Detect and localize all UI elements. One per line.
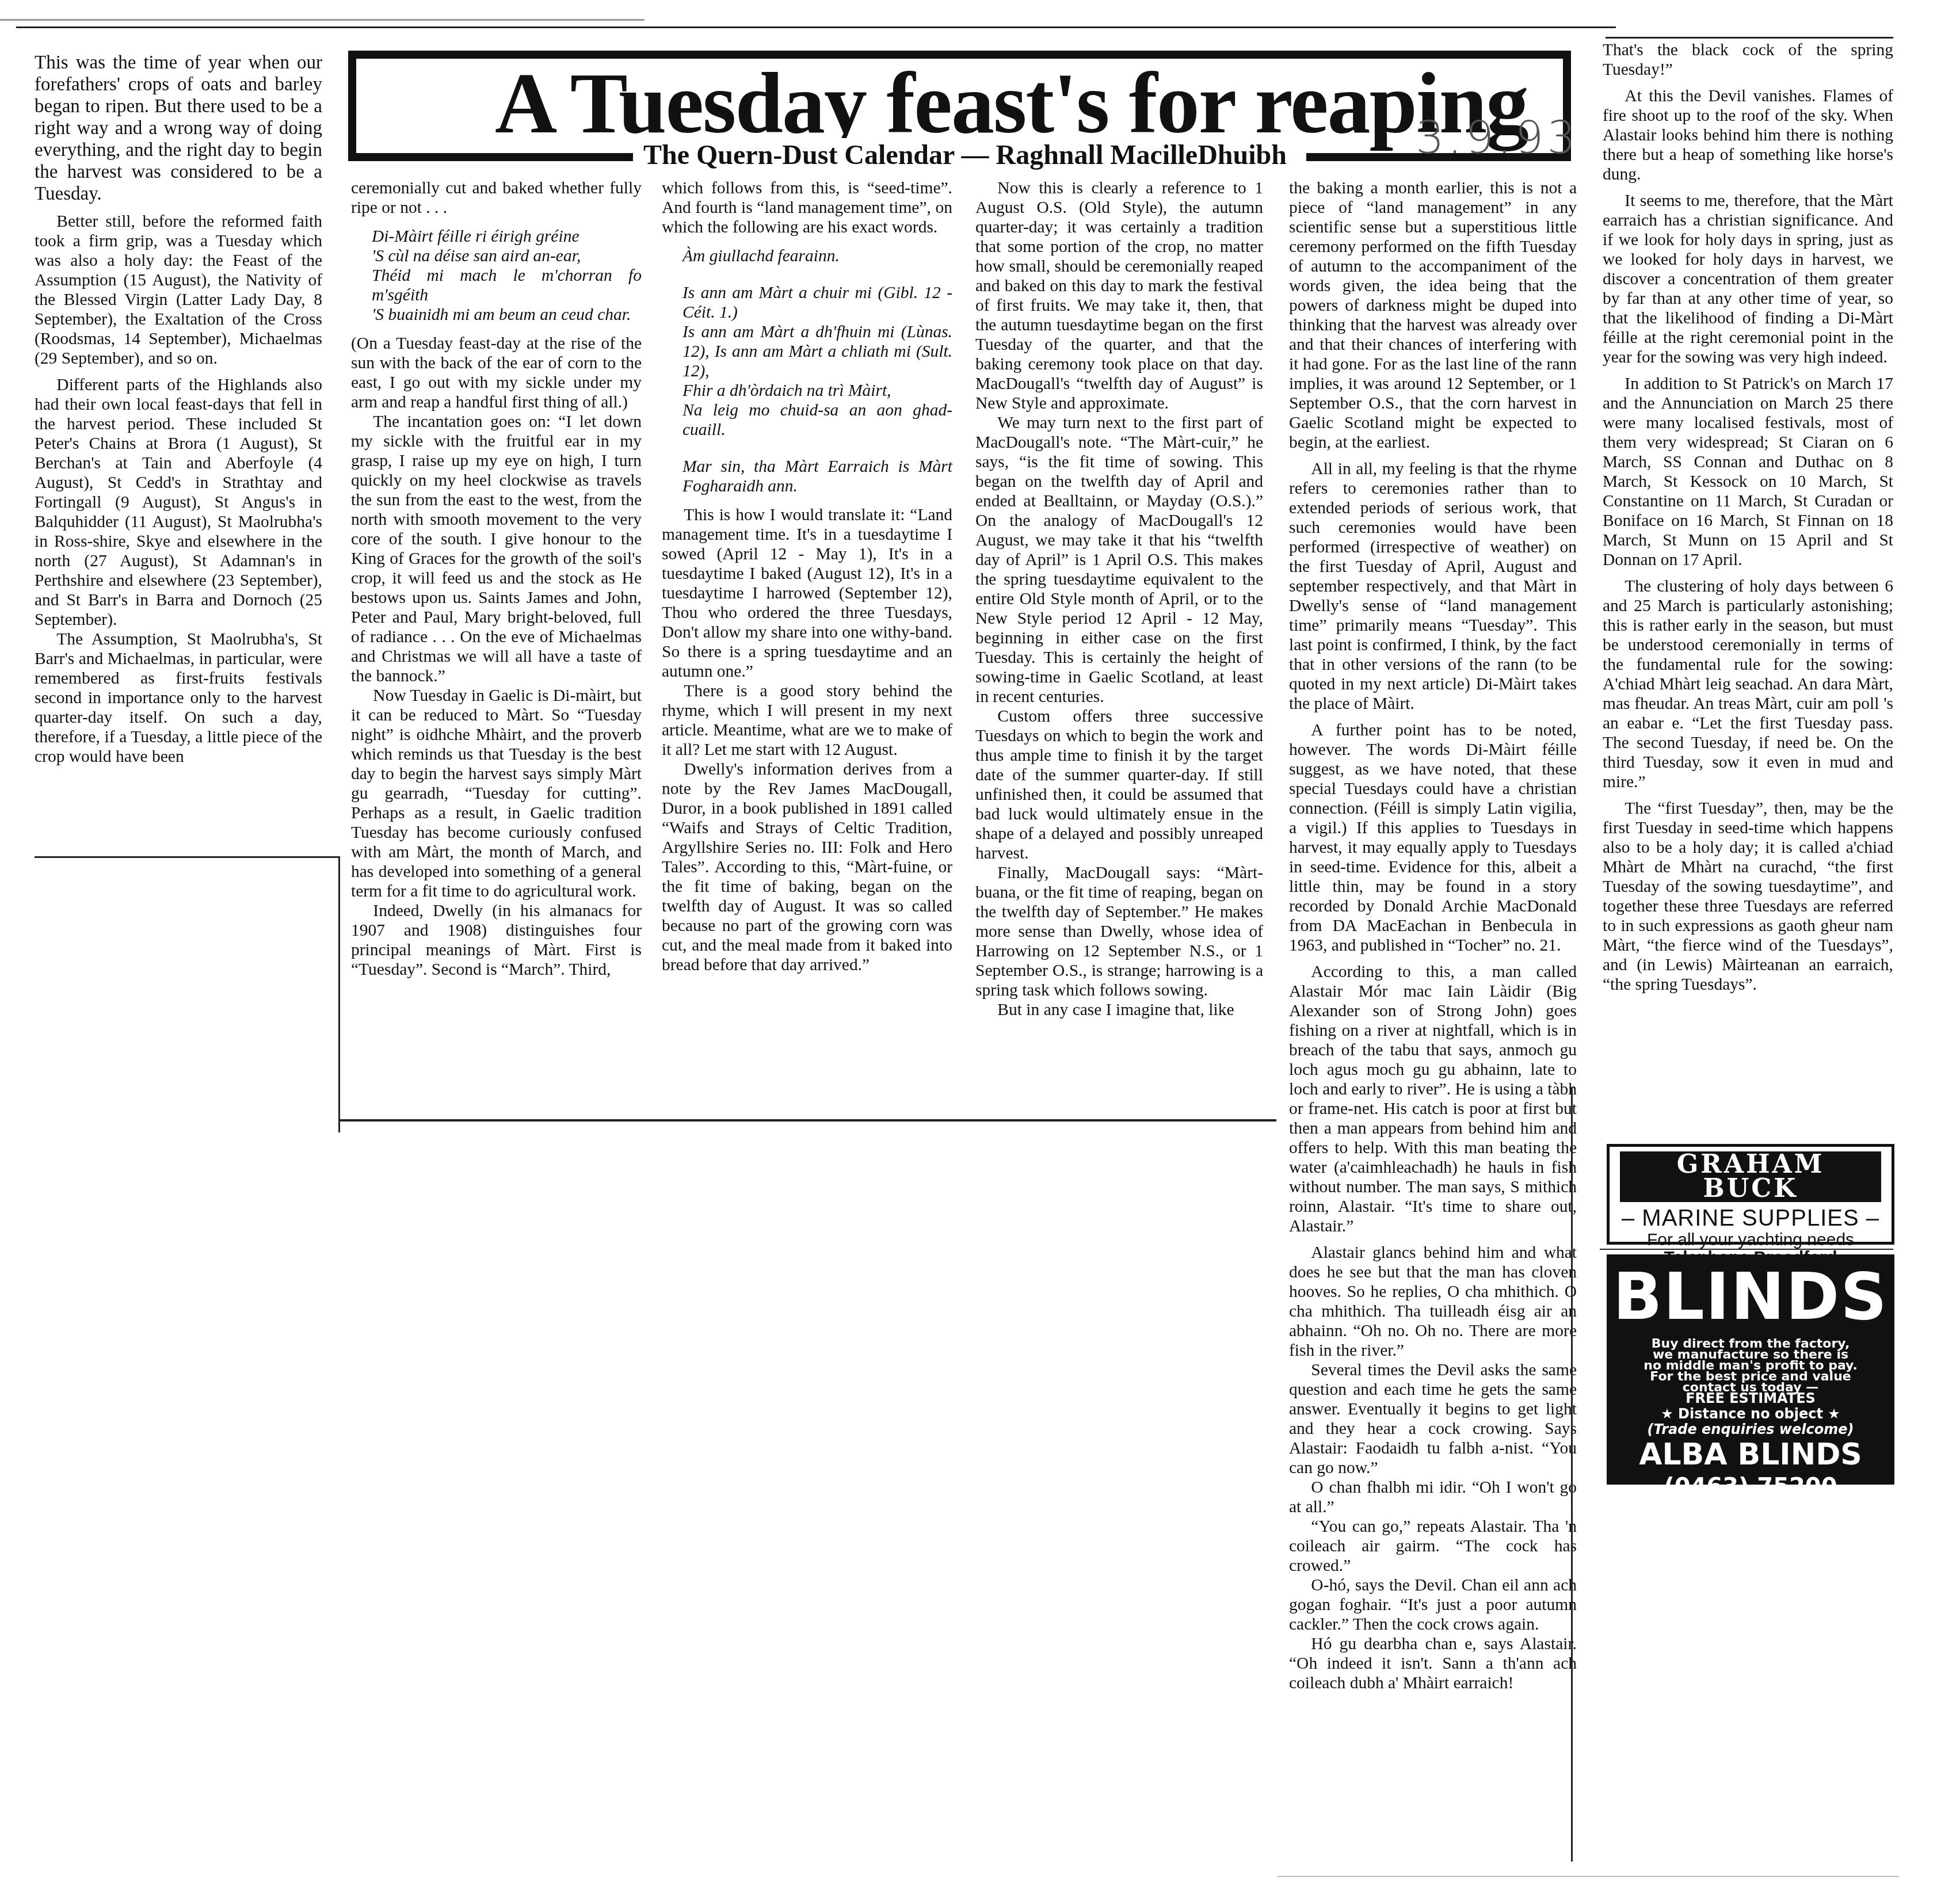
paragraph: Now this is clearly a reference to 1 Aug… [975,178,1263,413]
paragraph: At this the Devil vanishes. Flames of fi… [1603,86,1893,184]
verse-line: Théid mi mach le m'chorran fo m'sgéith [351,266,642,305]
article-column-3: which follows from this, is “seed-time”.… [662,178,952,975]
ads-divider [1600,1249,1893,1250]
advert-line: (Trade enquiries welcome) [1607,1424,1894,1435]
paragraph: But in any case I imagine that, like [975,1000,1263,1020]
columns-bottom-rule [338,1119,1276,1122]
verse-line: Mar sin, tha Màrt Earraich is Màrt Fogha… [662,457,952,496]
article-column-5: the baking a month earlier, this is not … [1289,178,1577,1693]
advert-brand: GRAHAM BUCK [1620,1151,1881,1202]
article-column-6: That's the black cock of the spring Tues… [1603,40,1893,994]
paragraph: This is how I would translate it: “Land … [662,505,952,681]
verse-line: Di-Màirt féille ri éirigh gréine [351,227,642,246]
verse-line: Na leig mo chuid-sa an aon ghad-cuaill. [662,400,952,440]
handwritten-date: 3.9.93 [1416,112,1579,164]
gaelic-verse: Di-Màirt féille ri éirigh gréine 'S cùl … [351,227,642,325]
paragraph: Custom offers three successive Tuesdays … [975,707,1263,863]
paragraph: A further point has to be noted, however… [1289,720,1577,955]
verse-line: 'S buainidh mi am beum an ceud char. [351,305,642,325]
advert-phone: (0463) 75200 [1607,1474,1894,1500]
paragraph: We may turn next to the first part of Ma… [975,413,1263,707]
verse-line: 'S cùl na déise san aird an-ear, [351,246,642,266]
alba-blinds-advert: BLINDS Buy direct from the factory, we m… [1607,1254,1894,1485]
paragraph: “You can go,” repeats Alastair. Tha 'n c… [1289,1517,1577,1576]
advert-body: Buy direct from the factory, we manufact… [1607,1338,1894,1435]
advert-line: FREE ESTIMATES [1607,1393,1894,1404]
paragraph: That's the black cock of the spring Tues… [1603,40,1893,79]
verse-title: Àm giullachd fearainn. [662,246,952,266]
verse-line: Fhir a dh'òrdaich na trì Màirt, [662,381,952,400]
top-rule [16,26,1616,28]
advert-tagline: – MARINE SUPPLIES – [1610,1206,1892,1231]
brand-line: BUCK [1620,1177,1881,1201]
paragraph: Different parts of the Highlands also ha… [35,375,322,630]
article-column-2: ceremonially cut and baked whether fully… [351,178,642,979]
paragraph: O chan fhalbh mi idir. “Oh I won't go at… [1289,1478,1577,1517]
paragraph: Better still, before the reformed faith … [35,212,322,368]
advert-company: ALBA BLINDS [1607,1439,1894,1471]
article-byline: The Quern-Dust Calendar — Raghnall Macil… [633,138,1297,173]
article-column-4: Now this is clearly a reference to 1 Aug… [975,178,1263,1020]
paragraph: In addition to St Patrick's on March 17 … [1603,374,1893,570]
advert-line: ★ Distance no object ★ [1607,1409,1894,1420]
paragraph: According to this, a man called Alastair… [1289,962,1577,1236]
paragraph: Dwelly's information derives from a note… [662,760,952,975]
paragraph: which follows from this, is “seed-time”.… [662,178,952,237]
paragraph: Alastair glancs behind him and what does… [1289,1243,1577,1360]
paragraph: It seems to me, therefore, that the Màrt… [1603,191,1893,367]
advert-headline: BLINDS [1607,1262,1894,1332]
top-rule-right [1606,37,1893,39]
column-5-right-rule [1571,1088,1573,1862]
gaelic-verse: Àm giullachd fearainn. Is ann am Màrt a … [662,246,952,496]
paragraph: O-hó, says the Devil. Chan eil ann ach g… [1289,1576,1577,1634]
column-1-bottom-rule [35,856,340,858]
paragraph: The incantation goes on: “I let down my … [351,412,642,686]
advert-text: For all your yachting needs [1610,1231,1892,1249]
paragraph: Several times the Devil asks the same qu… [1289,1360,1577,1478]
paragraph: Hó gu dearbha chan e, says Alastair. “Oh… [1289,1634,1577,1693]
article-column-1: This was the time of year when our foref… [35,52,322,766]
paragraph: Now Tuesday in Gaelic is Di-màirt, but i… [351,686,642,901]
paragraph: The Assumption, St Maolrubha's, St Barr'… [35,630,322,766]
brand-line: GRAHAM [1620,1153,1881,1177]
bottom-rule-faint [1278,1876,1899,1877]
verse-line: Is ann am Màrt a chuir mi (Gibl. 12 - Cé… [662,283,952,322]
graham-buck-advert: GRAHAM BUCK – MARINE SUPPLIES – For all … [1607,1144,1894,1245]
headline-frame-bottom-left [348,153,636,161]
article-headline: A Tuesday feast's for reaping [495,58,1528,150]
top-rule-faint [0,19,645,21]
column-divider [338,856,340,1132]
paragraph: the baking a month earlier, this is not … [1289,178,1577,452]
paragraph: Indeed, Dwelly (in his almanacs for 1907… [351,901,642,979]
paragraph: There is a good story behind the rhyme, … [662,681,952,760]
paragraph: This was the time of year when our foref… [35,52,322,205]
paragraph: (On a Tuesday feast-day at the rise of t… [351,334,642,412]
paragraph: The “first Tuesday”, then, may be the fi… [1603,799,1893,994]
paragraph: Finally, MacDougall says: “Màrt-buana, o… [975,863,1263,1000]
paragraph: The clustering of holy days between 6 an… [1603,577,1893,792]
paragraph: ceremonially cut and baked whether fully… [351,178,642,218]
verse-line: Is ann am Màrt a dh'fhuin mi (Lùnas. 12)… [662,322,952,381]
paragraph: All in all, my feeling is that the rhyme… [1289,459,1577,714]
